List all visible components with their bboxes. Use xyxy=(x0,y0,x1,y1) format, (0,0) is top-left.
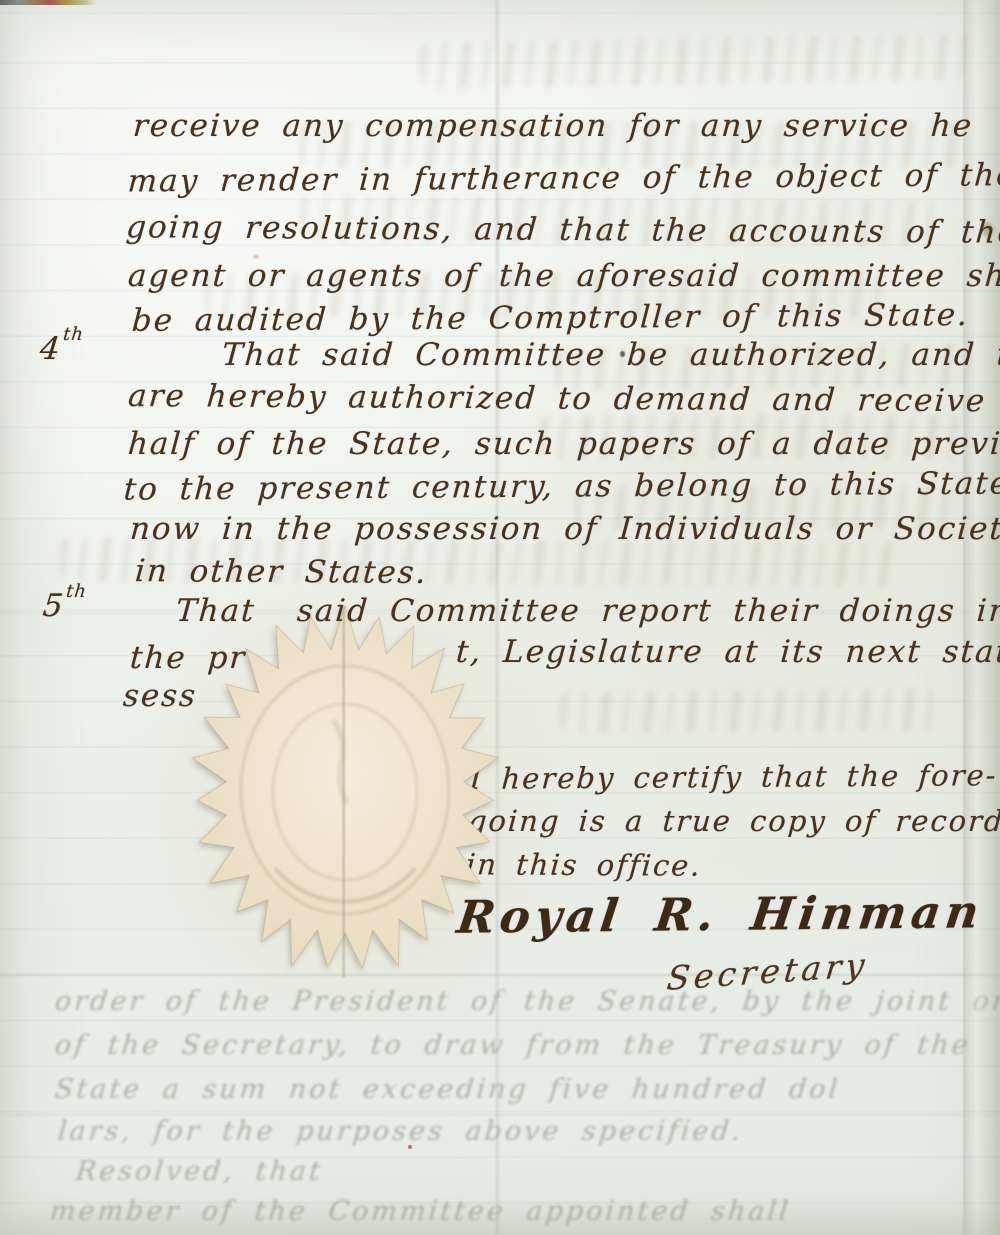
item5-marker: 5th xyxy=(41,588,86,624)
bleedthrough-line: of the Secretary, to draw from the Treas… xyxy=(53,1030,972,1061)
bleedthrough-smudge xyxy=(420,33,981,89)
embossed-seal xyxy=(183,600,507,984)
handwritten-line: to the present century, as belong to thi… xyxy=(123,464,1000,509)
handwritten-line: be audited by the Comptroller of this St… xyxy=(131,297,971,340)
scanner-edge-artifact xyxy=(0,0,96,5)
manuscript-scan: receive any compensation for any service… xyxy=(0,0,1000,1235)
certification-line: I hereby certify that the fore- xyxy=(469,758,999,796)
handwritten-line-fragment: That xyxy=(175,593,257,630)
handwritten-line: going resolutions, and that the accounts… xyxy=(125,209,1000,252)
handwritten-line: may render in furtherance of the object … xyxy=(127,157,1000,201)
handwritten-line: half of the State, such papers of a date… xyxy=(127,426,1000,463)
bleedthrough-line: Resolved, that xyxy=(74,1156,324,1187)
handwritten-line-fragment: said Committee report their doings in xyxy=(296,593,1000,630)
bleedthrough-line: member of the Committee appointed shall xyxy=(48,1196,792,1227)
handwritten-line: are hereby authorized to demand and rece… xyxy=(127,378,1000,421)
handwritten-line: now in the possession of Individuals or … xyxy=(129,511,1000,548)
handwritten-line: That said Committee be authorized, and t… xyxy=(221,337,1000,374)
item4-marker-number: 4 xyxy=(38,331,63,367)
bleedthrough-smudge xyxy=(560,688,940,733)
handwritten-line: receive any compensation for any service… xyxy=(132,108,975,145)
signature: Royal R. Hinman xyxy=(454,885,987,944)
handwritten-line: in other States. xyxy=(134,553,429,592)
bleedthrough-line: order of the President of the Senate, by… xyxy=(53,986,1000,1017)
handwritten-line-fragment: t, Legislature at its next stated xyxy=(455,634,1000,671)
certification-line: going is a true copy of record xyxy=(467,804,1000,839)
bleedthrough-line: State a sum not exceeding five hundred d… xyxy=(53,1074,842,1105)
item5-marker-number: 5 xyxy=(41,588,66,624)
handwritten-line: agent or agents of the aforesaid committ… xyxy=(127,258,1000,295)
item5-marker-ordinal: th xyxy=(65,581,88,602)
item4-marker: 4th xyxy=(38,331,83,367)
item4-marker-ordinal: th xyxy=(62,324,85,345)
bleedthrough-line: lars, for the purposes above specified. xyxy=(56,1116,745,1147)
